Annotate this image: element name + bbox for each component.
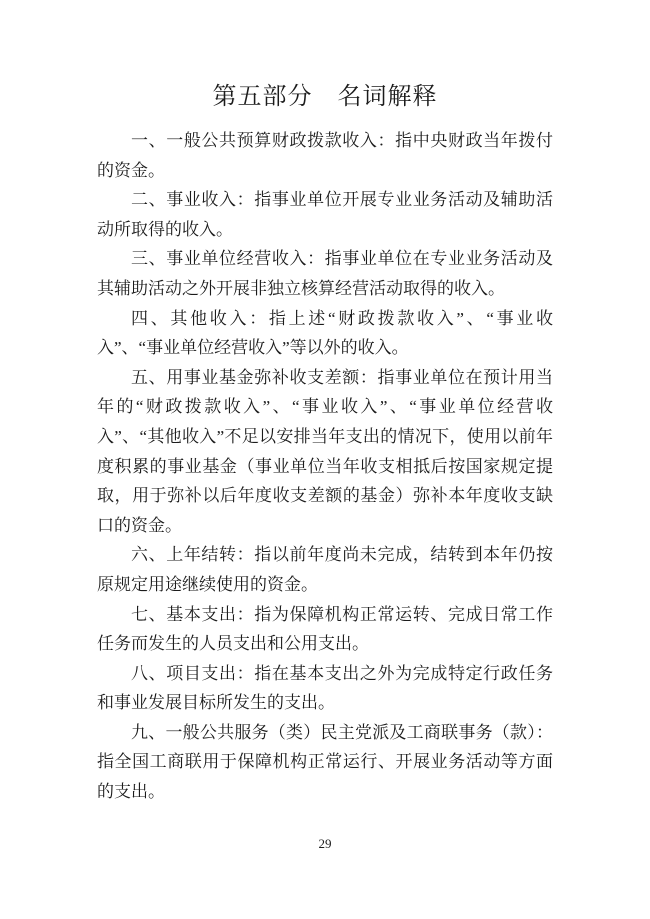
definition-paragraph: 八、项目支出：指在基本支出之外为完成特定行政任务和事业发展目标所发生的支出。 — [97, 659, 553, 718]
definition-paragraph: 七、基本支出：指为保障机构正常运转、完成日常工作任务而发生的人员支出和公用支出。 — [97, 600, 553, 659]
definition-paragraph: 二、事业收入：指事业单位开展专业业务活动及辅助活动所取得的收入。 — [97, 185, 553, 244]
definition-paragraph: 六、上年结转：指以前年度尚未完成，结转到本年仍按原规定用途继续使用的资金。 — [97, 540, 553, 599]
definition-paragraph: 一、一般公共预算财政拨款收入：指中央财政当年拨付的资金。 — [97, 126, 553, 185]
definition-paragraph: 四、其他收入：指上述“财政拨款收入”、“事业收入”、“事业单位经营收入”等以外的… — [97, 304, 553, 363]
document-body: 一、一般公共预算财政拨款收入：指中央财政当年拨付的资金。 二、事业收入：指事业单… — [97, 126, 553, 807]
definition-paragraph: 三、事业单位经营收入：指事业单位在专业业务活动及其辅助活动之外开展非独立核算经营… — [97, 244, 553, 303]
document-page: 第五部分 名词解释 一、一般公共预算财政拨款收入：指中央财政当年拨付的资金。 二… — [0, 0, 650, 919]
definition-paragraph: 九、一般公共服务（类）民主党派及工商联事务（款）：指全国工商联用于保障机构正常运… — [97, 718, 553, 807]
definition-paragraph: 五、用事业基金弥补收支差额：指事业单位在预计用当年的“财政拨款收入”、“事业收入… — [97, 363, 553, 541]
page-number: 29 — [0, 836, 650, 852]
page-title: 第五部分 名词解释 — [0, 76, 650, 111]
